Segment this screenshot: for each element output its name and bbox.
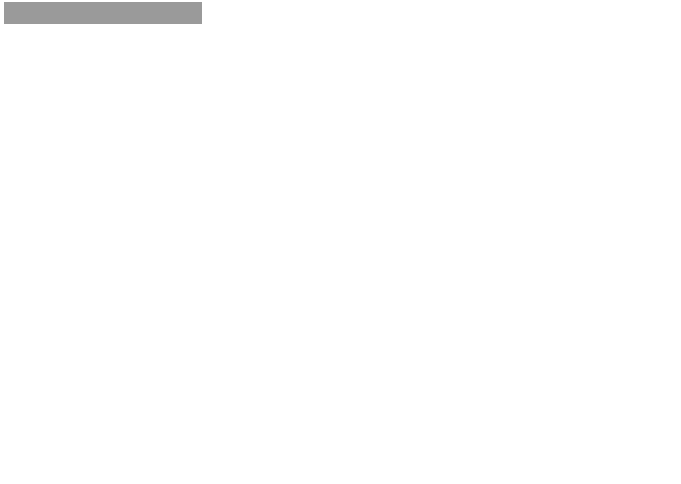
document-title bbox=[4, 2, 202, 24]
